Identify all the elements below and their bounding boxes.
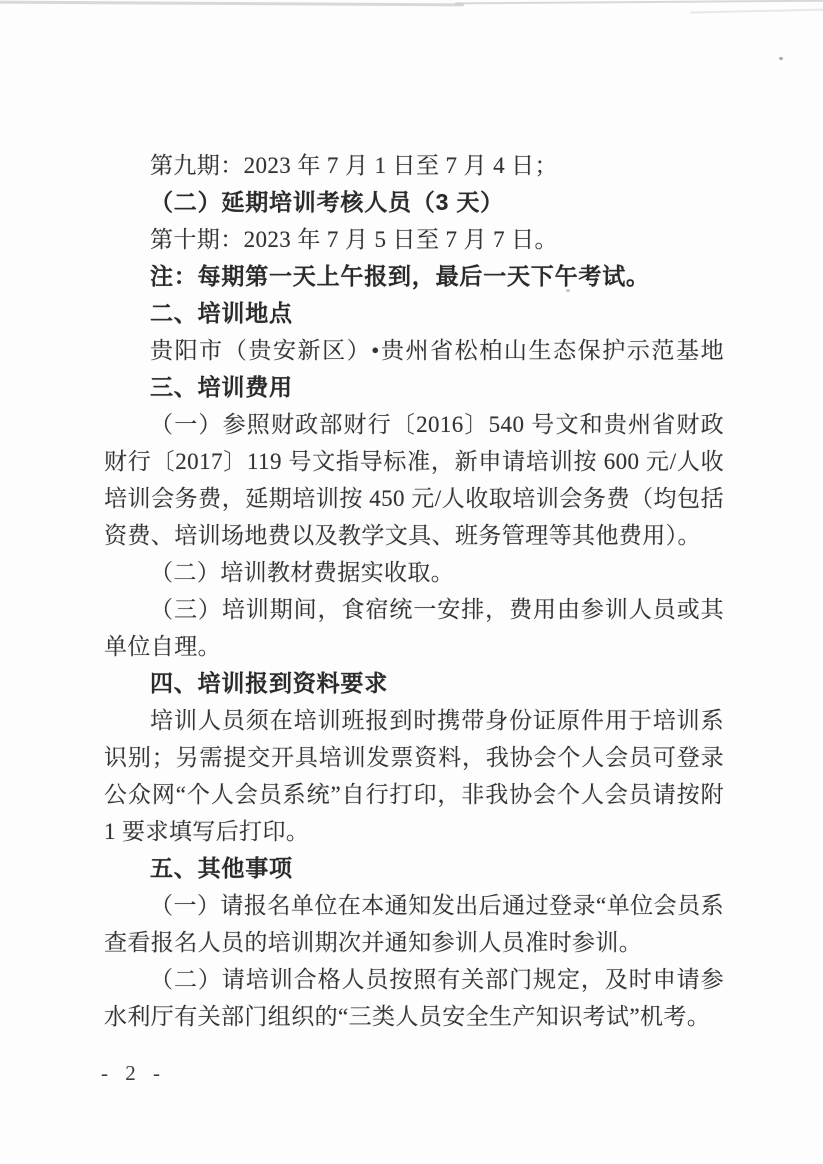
text-line: 五、其他事项 xyxy=(104,850,724,887)
document-page: 第九期：2023 年 7 月 1 日至 7 月 4 日；（二）延期培训考核人员（… xyxy=(0,0,823,1164)
text-line: （一）参照财政部财行〔2016〕540 号文和贵州省财政厅黔 xyxy=(104,406,724,443)
text-line: （二）延期培训考核人员（3 天） xyxy=(104,184,724,221)
scan-edge-artifact xyxy=(455,0,823,4)
text-line: 识别；另需提交开具培训发票资料，我协会个人会员可登录协会 xyxy=(104,739,724,776)
scan-speck xyxy=(779,57,783,60)
text-line: 培训会务费，延期培训按 450 元/人收取培训会务费（均包括师 xyxy=(104,480,724,517)
text-line: 财行〔2017〕119 号文指导标准，新申请培训按 600 元/人收取 xyxy=(104,443,724,480)
text-line: （三）培训期间，食宿统一安排，费用由参训人员或其所在 xyxy=(104,591,724,628)
text-line: 第九期：2023 年 7 月 1 日至 7 月 4 日； xyxy=(104,147,724,184)
text-line: 单位自理。 xyxy=(104,628,724,665)
text-line: 贵阳市（贵安新区）•贵州省松柏山生态保护示范基地内。 xyxy=(104,332,724,369)
scan-edge-artifact xyxy=(690,9,823,14)
text-line: 第十期：2023 年 7 月 5 日至 7 月 7 日。 xyxy=(104,221,724,258)
page-number: - 2 - xyxy=(101,1060,166,1086)
text-line: 培训人员须在培训班报到时携带身份证原件用于培训系统 xyxy=(104,702,724,739)
text-line: 三、培训费用 xyxy=(104,369,724,406)
text-line: （二）请培训合格人员按照有关部门规定，及时申请参加省 xyxy=(104,961,724,998)
text-line: 1 要求填写后打印。 xyxy=(104,813,724,850)
scan-edge-artifact xyxy=(0,1,464,7)
document-body: 第九期：2023 年 7 月 1 日至 7 月 4 日；（二）延期培训考核人员（… xyxy=(104,147,724,1035)
text-line: 二、培训地点 xyxy=(104,295,724,332)
text-line: 查看报名人员的培训期次并通知参训人员准时参训。 xyxy=(104,924,724,961)
text-line: 四、培训报到资料要求 xyxy=(104,665,724,702)
text-line: 资费、培训场地费以及教学文具、班务管理等其他费用）。 xyxy=(104,517,724,554)
text-line: 注：每期第一天上午报到，最后一天下午考试。 xyxy=(104,258,724,295)
text-line: 水利厅有关部门组织的“三类人员安全生产知识考试”机考。 xyxy=(104,998,724,1035)
text-line: （一）请报名单位在本通知发出后通过登录“单位会员系统” xyxy=(104,887,724,924)
text-line: 公众网“个人会员系统”自行打印，非我协会个人会员请按附件 xyxy=(104,776,724,813)
text-line: （二）培训教材费据实收取。 xyxy=(104,554,724,591)
